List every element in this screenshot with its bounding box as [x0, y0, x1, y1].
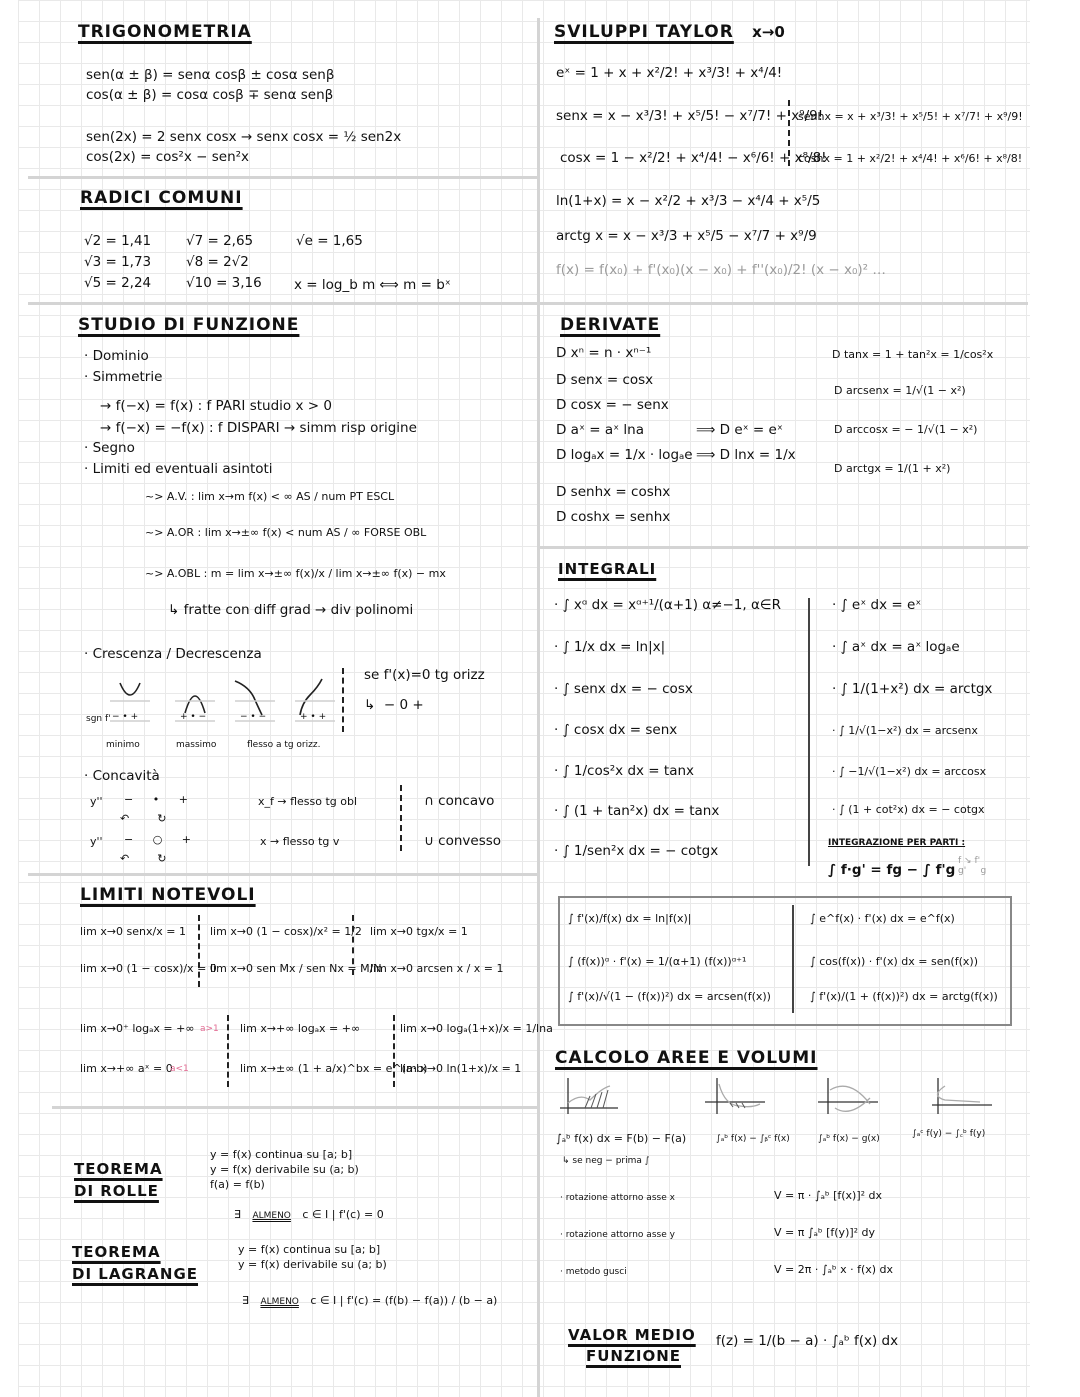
- area-note: ↳ se neg − prima ∫: [562, 1156, 649, 1166]
- list-item: · Simmetrie: [84, 369, 162, 385]
- formula: coshx = 1 + x²/2! + x⁴/4! + x⁶/6! + x⁸/8…: [798, 152, 1022, 165]
- sign-pattern: − • −: [240, 712, 266, 722]
- thesis: ∃ ALMENO c ∈ I | f'(c) = 0: [234, 1208, 384, 1221]
- integral: · ∫ xᵅ dx = xᵅ⁺¹/(α+1) α≠−1, α∈R: [554, 597, 781, 613]
- dashed-separator: [352, 915, 354, 975]
- sign-pattern: − • +: [124, 793, 196, 806]
- parts-title: INTEGRAZIONE PER PARTI :: [828, 838, 965, 848]
- list-item: · Limiti ed eventuali asintoti: [84, 461, 273, 477]
- area-formula: ∫ₐᶜ f(y) − ∫꜀ᵇ f(y): [912, 1126, 985, 1139]
- derivative: D xⁿ = n · xⁿ⁻¹: [556, 345, 651, 361]
- formula: ln(1+x) = x − x²/2 + x³/3 − x⁴/4 + x⁵/5: [556, 193, 820, 209]
- formula: senhx = x + x³/3! + x⁵/5! + x⁷/7! + x⁹/9…: [798, 110, 1023, 123]
- sign-pattern: + • +: [300, 712, 326, 722]
- limit: lim x→0 tgx/x = 1: [370, 925, 468, 938]
- derivative: D arccosx = − 1/√(1 − x²): [834, 423, 977, 436]
- formula: cos(α ± β) = cosα cosβ ∓ senα senβ: [86, 87, 333, 103]
- dashed-separator: [393, 1015, 395, 1087]
- section-title: INTEGRALI: [558, 560, 656, 578]
- integral: ∫ cos(f(x)) · f'(x) dx = sen(f(x)): [810, 955, 978, 968]
- section-title: DI LAGRANGE: [72, 1265, 198, 1283]
- value: √2 = 1,41: [84, 233, 151, 249]
- integral: ∫ e^f(x) · f'(x) dx = e^f(x): [810, 912, 955, 925]
- shape-label: minimo: [106, 740, 140, 750]
- tangent-note: se f'(x)=0 tg orizz: [364, 667, 485, 683]
- taylor-general-formula: f(x) = f(x₀) + f'(x₀)(x − x₀) + f''(x₀)/…: [556, 262, 886, 278]
- area-formula: ∫ₐᵇ f(x) dx = F(b) − F(a): [556, 1132, 686, 1145]
- parts-hint: f ↘ f' g' g: [958, 856, 986, 876]
- section-divider: [540, 546, 1028, 549]
- limit: lim x→0 (1 − cosx)/x² = 1/2: [210, 925, 362, 938]
- volume-formula: V = π ∫ₐᵇ [f(y)]² dy: [774, 1226, 875, 1239]
- formula: arctg x = x − x³/3 + x⁵/5 − x⁷/7 + x⁹/9: [556, 228, 817, 244]
- integral: · ∫ aˣ dx = aˣ logₐe: [832, 639, 960, 655]
- volume-label: · metodo gusci: [560, 1267, 627, 1277]
- integral: · ∫ 1/(1+x²) dx = arctgx: [832, 681, 992, 697]
- derivative: D aˣ = aˣ lna: [556, 422, 644, 438]
- value: √e = 1,65: [296, 233, 363, 249]
- section-divider: [28, 302, 1028, 305]
- box-separator: [792, 905, 794, 1013]
- section-title: DERIVATE: [560, 315, 660, 335]
- dashed-separator: [788, 100, 790, 166]
- volume-label: · rotazione attorno asse y: [560, 1230, 675, 1240]
- list-item: · Segno: [84, 440, 135, 456]
- limit: lim x→+∞ aˣ = 0: [80, 1062, 173, 1075]
- dashed-separator: [400, 785, 402, 851]
- integral: · ∫ 1/cos²x dx = tanx: [554, 763, 694, 779]
- dashed-separator: [227, 1015, 229, 1087]
- derivative: D tanx = 1 + tan²x = 1/cos²x: [832, 348, 993, 361]
- value: √8 = 2√2: [186, 254, 249, 270]
- area-sketches: [560, 1078, 1000, 1123]
- rotation-icons: ↶ ↻: [120, 852, 166, 865]
- convex-label: ∪ convesso: [424, 833, 501, 849]
- derivative: D senx = cosx: [556, 372, 653, 388]
- hypothesis: f(a) = f(b): [210, 1178, 265, 1191]
- value: √5 = 2,24: [84, 275, 151, 291]
- parts-formula: ∫ f·g' = fg − ∫ f'g: [828, 862, 955, 878]
- section-title: RADICI COMUNI: [80, 188, 243, 208]
- integral: ∫ f'(x)/(1 + (f(x))²) dx = arctg(f(x)): [810, 990, 998, 1003]
- value: √10 = 3,16: [186, 275, 262, 291]
- volume-formula: V = 2π · ∫ₐᵇ x · f(x) dx: [774, 1263, 893, 1276]
- area-formula: ∫ₐᵇ f(x) − g(x): [818, 1134, 880, 1144]
- section-divider: [28, 176, 537, 179]
- limit: lim x→0 logₐ(1+x)/x = 1/lna: [400, 1022, 553, 1035]
- limit: lim x→0 ln(1+x)/x = 1: [400, 1062, 521, 1075]
- section-subtitle: x→0: [752, 23, 785, 41]
- sign-pattern: − ○ +: [124, 833, 199, 846]
- list-item: · Crescenza / Decrescenza: [84, 646, 262, 662]
- column-divider: [537, 18, 540, 1397]
- integral: · ∫ −1/√(1−x²) dx = arccosx: [832, 765, 986, 778]
- section-title: CALCOLO AREE E VOLUMI: [555, 1048, 818, 1068]
- section-title: DI ROLLE: [74, 1182, 159, 1200]
- list-item: · Concavità: [84, 768, 160, 784]
- shape-label: massimo: [176, 740, 216, 750]
- derivative: D cosx = − senx: [556, 397, 669, 413]
- limit: lim x→0 (1 − cosx)/x = 0: [80, 962, 217, 975]
- dashed-separator: [342, 668, 344, 732]
- value: √7 = 2,65: [186, 233, 253, 249]
- integral: · ∫ cosx dx = senx: [554, 722, 677, 738]
- hypothesis: y = f(x) continua su [a; b]: [238, 1243, 380, 1256]
- section-divider: [52, 1106, 537, 1109]
- volume-label: · rotazione attorno asse x: [560, 1193, 675, 1203]
- formula: cos(2x) = cos²x − sen²x: [86, 149, 249, 165]
- list-item: → f(−x) = −f(x) : f DISPARI → simm risp …: [100, 420, 417, 436]
- section-title: VALOR MEDIO: [568, 1326, 696, 1344]
- integral: · ∫ 1/sen²x dx = − cotgx: [554, 843, 718, 859]
- formula: senx = x − x³/3! + x⁵/5! − x⁷/7! + x⁹/9!: [556, 108, 823, 124]
- condition-note: a<1: [170, 1064, 189, 1074]
- list-item: → f(−x) = f(x) : f PARI studio x > 0: [100, 398, 332, 414]
- derivative: ⟹ D eˣ = eˣ: [696, 422, 783, 438]
- derivative: D coshx = senhx: [556, 509, 670, 525]
- derivative: D logₐx = 1/x · logₐe: [556, 447, 693, 463]
- flex-note: x → flesso tg v: [260, 835, 339, 848]
- mean-value-formula: f(z) = 1/(b − a) · ∫ₐᵇ f(x) dx: [716, 1333, 898, 1349]
- section-title: TRIGONOMETRIA: [78, 22, 252, 42]
- integral: · ∫ 1/x dx = ln|x|: [554, 639, 665, 655]
- y-second-label: y'': [90, 795, 103, 808]
- limit: lim x→0 senx/x = 1: [80, 925, 186, 938]
- concave-label: ∩ concavo: [424, 793, 494, 809]
- integral: ∫ f'(x)/f(x) dx = ln|f(x)|: [568, 912, 692, 925]
- hypothesis: y = f(x) continua su [a; b]: [210, 1148, 352, 1161]
- section-title: SVILUPPI TAYLOR: [554, 22, 734, 42]
- derivative: D arcsenx = 1/√(1 − x²): [834, 384, 966, 397]
- section-title: TEOREMA: [74, 1160, 163, 1178]
- list-item: ~> A.OBL : m = lim x→±∞ f(x)/x / lim x→±…: [145, 567, 446, 580]
- section-title: LIMITI NOTEVOLI: [80, 885, 256, 905]
- integral: ∫ (f(x))ᵅ · f'(x) = 1/(α+1) (f(x))ᵅ⁺¹: [568, 955, 746, 968]
- list-item: ~> A.OR : lim x→±∞ f(x) < num AS / ∞ FOR…: [145, 526, 426, 539]
- value: √3 = 1,73: [84, 254, 151, 270]
- condition-note: a>1: [200, 1024, 219, 1034]
- section-divider: [28, 873, 537, 876]
- integral: · ∫ (1 + tan²x) dx = tanx: [554, 803, 719, 819]
- list-item: ↳ fratte con diff grad → div polinomi: [168, 602, 413, 618]
- list-item: · Dominio: [84, 348, 149, 364]
- hypothesis: y = f(x) derivabile su (a; b): [210, 1163, 359, 1176]
- column-separator: [808, 598, 810, 866]
- derivative: D arctgx = 1/(1 + x²): [834, 462, 950, 475]
- limit: lim x→+∞ logₐx = +∞: [240, 1022, 360, 1035]
- shape-label: flesso a tg orizz.: [247, 740, 320, 750]
- limit: lim x→0 arcsen x / x = 1: [370, 962, 504, 975]
- sign-pattern: + • −: [180, 712, 206, 722]
- integral: · ∫ 1/√(1−x²) dx = arcsenx: [832, 724, 978, 737]
- section-title: STUDIO DI FUNZIONE: [78, 315, 299, 335]
- integral: · ∫ senx dx = − cosx: [554, 681, 693, 697]
- formula: sen(2x) = 2 senx cosx → senx cosx = ½ se…: [86, 129, 401, 145]
- list-item: ~> A.V. : lim x→m f(x) < ∞ AS / num PT E…: [145, 490, 394, 503]
- y-second-label: y'': [90, 835, 103, 848]
- derivative: ⟹ D lnx = 1/x: [696, 447, 796, 463]
- sign-pattern: − • +: [112, 712, 138, 722]
- section-title: TEOREMA: [72, 1243, 161, 1261]
- limit: lim x→0 sen Mx / sen Nx = M/N: [210, 962, 382, 975]
- limit: lim x→0⁺ logₐx = +∞: [80, 1022, 195, 1035]
- thesis: ∃ ALMENO c ∈ I | f'(c) = (f(b) − f(a)) /…: [242, 1294, 497, 1307]
- integral: ∫ f'(x)/√(1 − (f(x))²) dx = arcsen(f(x)): [568, 990, 771, 1003]
- formula: sen(α ± β) = senα cosβ ± cosα senβ: [86, 67, 334, 83]
- integral: · ∫ eˣ dx = eˣ: [832, 597, 921, 613]
- volume-formula: V = π · ∫ₐᵇ [f(x)]² dx: [774, 1189, 882, 1202]
- hypothesis: y = f(x) derivabile su (a; b): [238, 1258, 387, 1271]
- flex-note: x_f → flesso tg obl: [258, 795, 357, 808]
- dashed-separator: [198, 915, 200, 987]
- sign-label: sgn f': [86, 714, 111, 724]
- value: x = log_b m ⟺ m = bˣ: [294, 277, 451, 293]
- integral: · ∫ (1 + cot²x) dx = − cotgx: [832, 803, 985, 816]
- tangent-arrow: ↳ − 0 +: [364, 697, 424, 713]
- rotation-icons: ↶ ↻: [120, 812, 166, 825]
- derivative: D senhx = coshx: [556, 484, 670, 500]
- formula: eˣ = 1 + x + x²/2! + x³/3! + x⁴/4!: [556, 65, 782, 81]
- area-formula: ∫ₐᵇ f(x) − ∫ᵦᶜ f(x): [716, 1134, 790, 1144]
- section-title: FUNZIONE: [586, 1347, 681, 1365]
- formula: cosx = 1 − x²/2! + x⁴/4! − x⁶/6! + x⁸/8!: [560, 150, 827, 166]
